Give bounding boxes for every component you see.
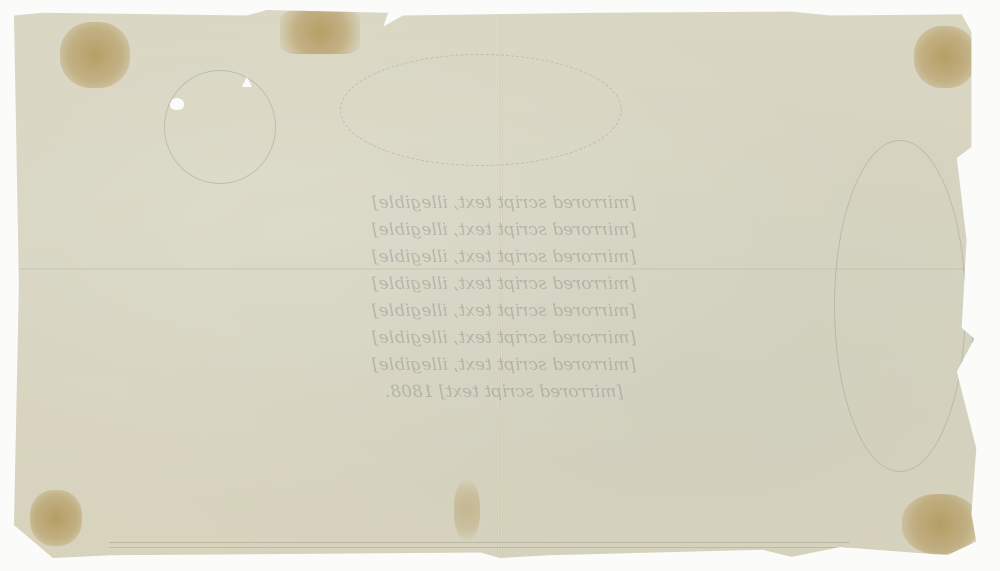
stain-bottom-center <box>454 480 480 540</box>
corner-stain-top-right <box>914 26 976 88</box>
mirrored-show-through-text: [mirrored script text, illegible] [mirro… <box>144 190 864 406</box>
corner-stain-bottom-right <box>902 494 978 554</box>
oval-seal-top-left <box>164 70 276 184</box>
banknote-reverse: [mirrored script text, illegible] [mirro… <box>14 10 986 558</box>
text-line: [mirrored script text, illegible] <box>144 325 864 352</box>
text-line: [mirrored script text, illegible] <box>144 298 864 325</box>
text-line: [mirrored script text, illegible] <box>144 244 864 271</box>
oval-vignette-top-center <box>340 54 622 166</box>
bottom-border-rule <box>109 542 849 548</box>
text-line: [mirrored script text, illegible] <box>144 352 864 379</box>
torn-edge-flap <box>972 140 995 420</box>
stain-top-center-left <box>280 10 360 54</box>
corner-stain-top-left <box>60 22 130 88</box>
text-line: [mirrored script text, illegible] <box>144 271 864 298</box>
corner-stain-bottom-left <box>30 490 82 546</box>
text-line: [mirrored script text] 1808. <box>144 379 864 406</box>
text-line: [mirrored script text, illegible] <box>144 217 864 244</box>
text-line: [mirrored script text, illegible] <box>144 190 864 217</box>
